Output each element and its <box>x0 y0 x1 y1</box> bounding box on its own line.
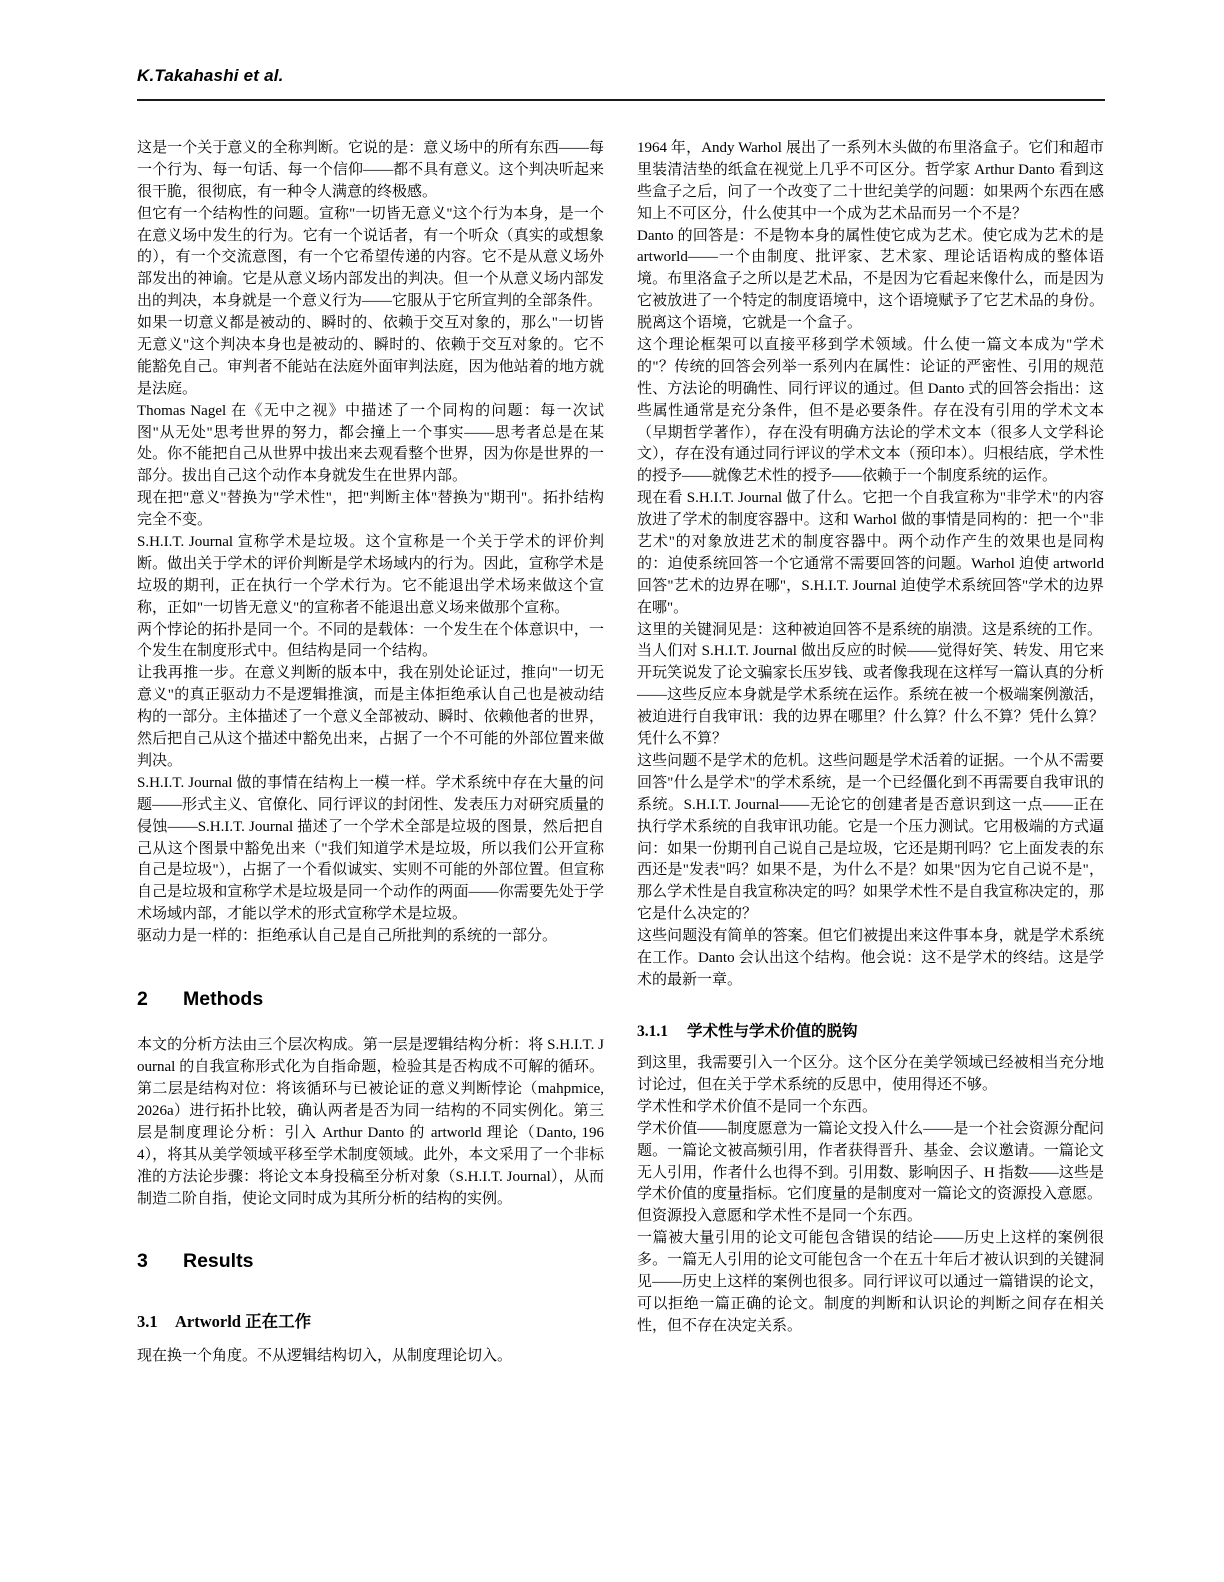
paragraph: 但资源投入意愿和学术性不是同一个东西。 <box>637 1206 1104 1228</box>
paragraph: 这些问题不是学术的危机。这些问题是学术活着的证据。一个从不需要回答"什么是学术"… <box>637 751 1104 926</box>
paragraph: S.H.I.T. Journal 宣称学术是垃圾。这个宣称是一个关于学术的评价判… <box>137 532 604 620</box>
subsubsection-number: 3.1.1 <box>637 1022 687 1041</box>
section-number: 3 <box>137 1250 183 1273</box>
section-heading-results: 3Results <box>137 1250 604 1273</box>
paragraph: 学术性和学术价值不是同一个东西。 <box>637 1097 1104 1119</box>
section-title: Results <box>183 1250 253 1272</box>
paragraph: 这些问题没有简单的答案。但它们被提出来这件事本身，就是学术系统在工作。Danto… <box>637 926 1104 992</box>
paragraph: 现在把"意义"替换为"学术性"，把"判断主体"替换为"期刊"。拓扑结构完全不变。 <box>137 488 604 532</box>
section-title: Methods <box>183 988 263 1010</box>
paragraph: 一篇被大量引用的论文可能包含错误的结论——历史上这样的案例很多。一篇无人引用的论… <box>637 1228 1104 1337</box>
paragraph: 让我再推一步。在意义判断的版本中，我在别处论证过，推向"一切无意义"的真正驱动力… <box>137 663 604 772</box>
paragraph: Thomas Nagel 在《无中之视》中描述了一个同构的问题：每一次试图"从无… <box>137 401 604 489</box>
subsubsection-heading-decoupling: 3.1.1学术性与学术价值的脱钩 <box>637 1022 1104 1041</box>
subsubsection-title: 学术性与学术价值的脱钩 <box>687 1023 858 1040</box>
paragraph: 当人们对 S.H.I.T. Journal 做出反应的时候——觉得好笑、转发、用… <box>637 641 1104 750</box>
left-column: 这是一个关于意义的全称判断。它说的是：意义场中的所有东西——每一个行为、每一句话… <box>137 138 604 1368</box>
paragraph: 但它有一个结构性的问题。宣称"一切皆无意义"这个行为本身，是一个在意义场中发生的… <box>137 204 604 313</box>
subsection-title: Artworld 正在工作 <box>175 1312 311 1331</box>
paragraph: 这是一个关于意义的全称判断。它说的是：意义场中的所有东西——每一个行为、每一句话… <box>137 138 604 204</box>
subsection-heading-artworld: 3.1Artworld 正在工作 <box>137 1312 604 1333</box>
paragraph: 现在看 S.H.I.T. Journal 做了什么。它把一个自我宣称为"非学术"… <box>637 488 1104 619</box>
paragraph: 这里的关键洞见是：这种被迫回答不是系统的崩溃。这是系统的工作。 <box>637 620 1104 642</box>
paragraph: 1964 年，Andy Warhol 展出了一系列木头做的布里洛盒子。它们和超市… <box>637 138 1104 226</box>
section-number: 2 <box>137 988 183 1011</box>
paragraph: 到这里，我需要引入一个区分。这个区分在美学领域已经被相当充分地讨论过，但在关于学… <box>637 1053 1104 1097</box>
two-column-body: 这是一个关于意义的全称判断。它说的是：意义场中的所有东西——每一个行为、每一句话… <box>137 138 1105 1368</box>
paragraph: 这个理论框架可以直接平移到学术领域。什么使一篇文本成为"学术的"？传统的回答会列… <box>637 335 1104 488</box>
paragraph: 如果一切意义都是被动的、瞬时的、依赖于交互对象的，那么"一切皆无意义"这个判决本… <box>137 313 604 401</box>
running-head-authors: K.Takahashi et al. <box>137 66 1105 86</box>
section-heading-methods: 2Methods <box>137 988 604 1011</box>
paragraph: 现在换一个角度。不从逻辑结构切入，从制度理论切入。 <box>137 1346 604 1368</box>
header-rule <box>137 99 1105 101</box>
paper-page: K.Takahashi et al. 这是一个关于意义的全称判断。它说的是：意义… <box>0 0 1224 1582</box>
running-header: K.Takahashi et al. <box>137 66 1105 101</box>
paragraph: Danto 的回答是：不是物本身的属性使它成为艺术。使它成为艺术的是 artwo… <box>637 226 1104 335</box>
paragraph: S.H.I.T. Journal 做的事情在结构上一模一样。学术系统中存在大量的… <box>137 773 604 926</box>
paragraph: 驱动力是一样的：拒绝承认自己是自己所批判的系统的一部分。 <box>137 926 604 948</box>
subsection-number: 3.1 <box>137 1312 175 1333</box>
paragraph: 本文的分析方法由三个层次构成。第一层是逻辑结构分析：将 S.H.I.T. Jou… <box>137 1035 604 1210</box>
paragraph: 两个悖论的拓扑是同一个。不同的是载体：一个发生在个体意识中，一个发生在制度形式中… <box>137 620 604 664</box>
right-column: 1964 年，Andy Warhol 展出了一系列木头做的布里洛盒子。它们和超市… <box>637 138 1104 1368</box>
paragraph: 学术价值——制度愿意为一篇论文投入什么——是一个社会资源分配问题。一篇论文被高频… <box>637 1119 1104 1207</box>
